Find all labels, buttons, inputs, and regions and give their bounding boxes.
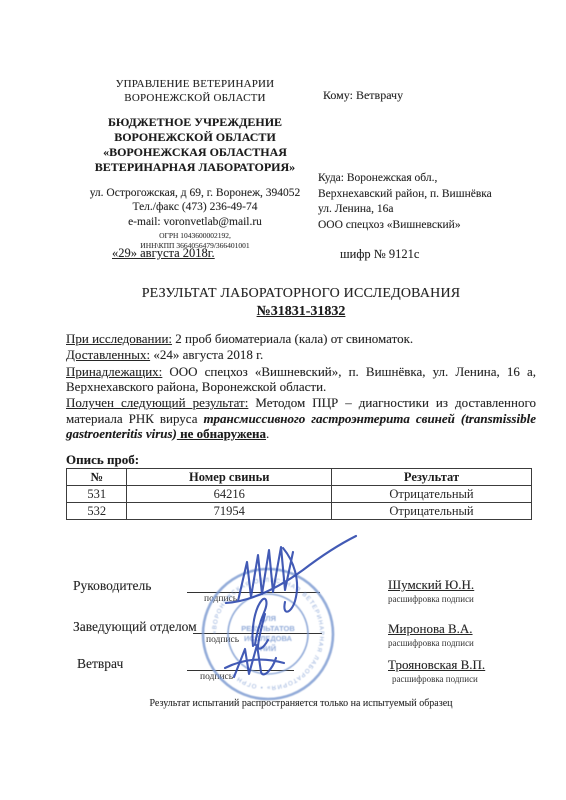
signature-line: [187, 670, 294, 671]
column-header-pig-number: Номер свиньи: [127, 469, 332, 486]
samples-caption: Опись проб:: [66, 452, 139, 468]
paragraph-owner: Принадлежащих: ООО спецхоз «Вишневский»,…: [66, 364, 536, 395]
signer-name: Трояновская В.П.: [388, 657, 485, 673]
signer-role: Заведующий отделом: [73, 619, 197, 635]
signer-name-caption: расшифровка подписи: [388, 638, 474, 648]
result-not-detected: не обнаружена: [177, 426, 266, 441]
document-title: РЕЗУЛЬТАТ ЛАБОРАТОРНОГО ИССЛЕДОВАНИЯ: [66, 286, 536, 302]
authority-name: УПРАВЛЕНИЕ ВЕТЕРИНАРИИ ВОРОНЕЖСКОЙ ОБЛАС…: [55, 78, 335, 106]
table-row: 531 64216 Отрицательный: [67, 486, 532, 503]
signer-name-caption: расшифровка подписи: [388, 594, 474, 604]
email-line: e-mail: voronvetlab@mail.ru: [55, 215, 335, 230]
paragraph-text: 2 проб биоматериала (кала) от свиноматок…: [172, 331, 413, 346]
document-body: При исследовании: 2 проб биоматериала (к…: [66, 331, 536, 442]
signer-role: Ветврач: [77, 656, 123, 672]
document-page: УПРАВЛЕНИЕ ВЕТЕРИНАРИИ ВОРОНЕЖСКОЙ ОБЛАС…: [0, 0, 566, 800]
authority-line: ВОРОНЕЖСКОЙ ОБЛАСТИ: [55, 92, 335, 106]
footer-disclaimer: Результат испытаний распространяется тол…: [66, 698, 536, 709]
letterhead: УПРАВЛЕНИЕ ВЕТЕРИНАРИИ ВОРОНЕЖСКОЙ ОБЛАС…: [55, 78, 335, 251]
table-row: 532 71954 Отрицательный: [67, 503, 532, 520]
column-header-number: №: [67, 469, 127, 486]
signature-ink-icon: [225, 536, 356, 677]
cell-sample-number: 531: [67, 486, 127, 503]
org-line: ВОРОНЕЖСКОЙ ОБЛАСТИ: [55, 130, 335, 145]
phone-line: Тел./факс (473) 236-49-74: [55, 200, 335, 215]
document-date: «29» августа 2018г.: [112, 246, 215, 261]
ogrn-line: ОГРН 1043600002192,: [55, 231, 335, 241]
recipient-address-line: ул. Ленина, 16а: [318, 202, 492, 218]
samples-table: № Номер свиньи Результат 531 64216 Отриц…: [66, 468, 532, 520]
signer-role: Руководитель: [73, 578, 151, 594]
signer-name: Шумский Ю.Н.: [388, 577, 474, 593]
signature-line-caption: подпись: [200, 672, 233, 682]
stamp-center-text: ИССЛЕДОВА: [244, 634, 293, 643]
signature-line: [193, 633, 322, 634]
stamp-center-text: РЕЗУЛЬТАТОВ: [241, 624, 295, 633]
cell-sample-number: 532: [67, 503, 127, 520]
signer-name-caption: расшифровка подписи: [392, 674, 478, 684]
authority-line: УПРАВЛЕНИЕ ВЕТЕРИНАРИИ: [55, 78, 335, 92]
paragraph-label: Получен следующий результат:: [66, 395, 248, 410]
cell-result: Отрицательный: [332, 503, 532, 520]
cell-pig-number: 71954: [127, 503, 332, 520]
signature-line-caption: подпись: [204, 594, 237, 604]
paragraph-delivered: Доставленных: «24» августа 2018 г.: [66, 347, 536, 362]
document-title-block: РЕЗУЛЬТАТ ЛАБОРАТОРНОГО ИССЛЕДОВАНИЯ №31…: [66, 286, 536, 320]
document-number: №31831-31832: [66, 304, 536, 320]
paragraph-label: Принадлежащих:: [66, 364, 162, 379]
signature-line-caption: подпись: [206, 635, 239, 645]
recipient-address: Куда: Воронежская обл., Верхнехавский ра…: [318, 171, 492, 233]
stamp-center-text: ДЛЯ: [260, 614, 276, 623]
recipient-address-line: ООО спецхоз «Вишневский»: [318, 218, 492, 234]
recipient-address-line: Куда: Воронежская обл.,: [318, 171, 492, 187]
paragraph-text: «24» августа 2018 г.: [150, 347, 263, 362]
paragraph-result: Получен следующий результат: Методом ПЦР…: [66, 395, 536, 441]
address-line: ул. Острогожская, д 69, г. Воронеж, 3940…: [55, 186, 335, 201]
stamp-center-text: НИЙ: [260, 644, 276, 653]
org-address: ул. Острогожская, д 69, г. Воронеж, 3940…: [55, 186, 335, 231]
cell-result: Отрицательный: [332, 486, 532, 503]
org-line: «ВОРОНЕЖСКАЯ ОБЛАСТНАЯ: [55, 145, 335, 160]
org-line: БЮДЖЕТНОЕ УЧРЕЖДЕНИЕ: [55, 115, 335, 130]
paragraph-label: Доставленных:: [66, 347, 150, 362]
signature-line: [187, 592, 320, 593]
paragraph-text: .: [266, 426, 269, 441]
paragraph-label: При исследовании:: [66, 331, 172, 346]
column-header-result: Результат: [332, 469, 532, 486]
table-header-row: № Номер свиньи Результат: [67, 469, 532, 486]
samples-table-wrap: № Номер свиньи Результат 531 64216 Отриц…: [66, 468, 532, 520]
organization-name: БЮДЖЕТНОЕ УЧРЕЖДЕНИЕ ВОРОНЕЖСКОЙ ОБЛАСТИ…: [55, 115, 335, 175]
paragraph-research: При исследовании: 2 проб биоматериала (к…: [66, 331, 536, 346]
org-line: ВЕТЕРИНАРНАЯ ЛАБОРАТОРИЯ»: [55, 160, 335, 175]
signer-name: Миронова В.А.: [388, 621, 473, 637]
cipher-number: шифр № 9121с: [340, 247, 419, 262]
recipient-to: Кому: Ветврачу: [323, 88, 403, 103]
cell-pig-number: 64216: [127, 486, 332, 503]
recipient-address-line: Верхнехавский район, п. Вишнёвка: [318, 187, 492, 203]
